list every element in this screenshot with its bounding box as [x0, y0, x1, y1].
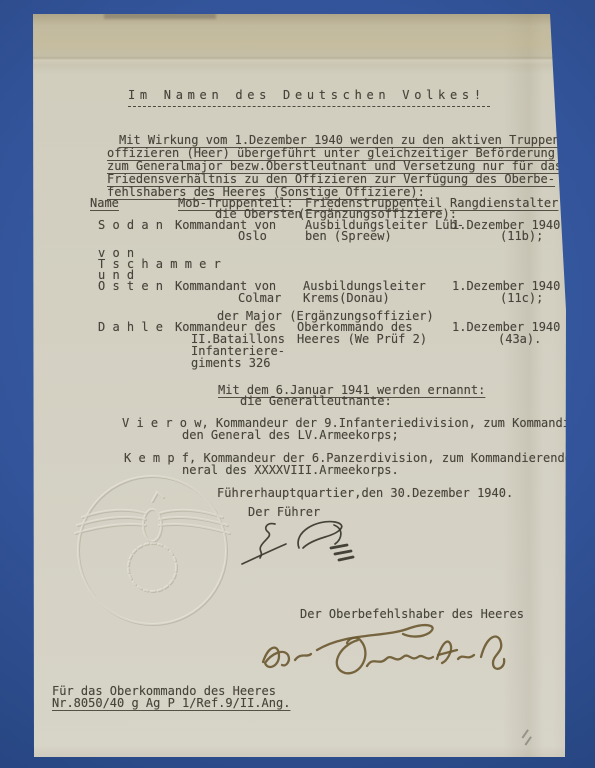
row-tschammer-name4: O s t e n: [98, 281, 163, 292]
row-sodan-name: S o d a n: [98, 220, 163, 231]
col-header-rang: Rangdienstalter: [450, 198, 558, 209]
pencil-mark: [520, 733, 534, 745]
row-tschammer-rang2: (11c);: [500, 293, 543, 304]
row-sodan-frieden2: ben (Spreew): [305, 231, 392, 242]
intro-line: zum Generalmajor bezw.Oberstleutnant und…: [107, 161, 562, 172]
place-date-line: Führerhauptquartier,den 30.Dezember 1940…: [217, 488, 513, 499]
row-dahle-mob4: giments 326: [191, 358, 270, 369]
footer-line2: Nr.8050/40 g Ag P 1/Ref.9/II.Ang.: [52, 698, 290, 709]
row-dahle-rang2: (43a).: [498, 334, 541, 345]
row-sodan-mob2: Oslo: [238, 231, 267, 242]
tape-residue: [104, 13, 216, 19]
vierow-line2: den General des LV.Armeekorps;: [182, 430, 399, 441]
decree2-subheading: die Generalleutnante:: [240, 396, 392, 407]
intro-line: Mit Wirkung vom 1.Dezember 1940 werden z…: [119, 135, 567, 146]
row-tschammer-frieden2: Krems(Donau): [303, 293, 390, 304]
intro-line: Friedensverhältnis zu den Offizieren zur…: [107, 174, 555, 185]
hitler-signature-icon: [233, 516, 368, 576]
document-paper: Im Namen des Deutschen Volkes! Mit Wirku…: [0, 0, 595, 768]
col-header-name: Name: [90, 198, 119, 209]
title-underline: [128, 106, 490, 107]
brauchitsch-signature-icon: [255, 616, 525, 688]
row-tschammer-mob2: Colmar: [238, 293, 281, 304]
document-title: Im Namen des Deutschen Volkes!: [128, 90, 486, 101]
row-dahle-frieden2: Heeres (We Prüf 2): [297, 334, 427, 345]
kempf-line2: neral des XXXXVIII.Armeekorps.: [182, 465, 399, 476]
row-sodan-rang2: (11b);: [500, 231, 543, 242]
eagle-seal-icon: [57, 455, 252, 650]
row-dahle-name: D a h l e: [98, 322, 163, 333]
intro-line: offizieren (Heer) übergeführt unter glei…: [107, 148, 555, 159]
